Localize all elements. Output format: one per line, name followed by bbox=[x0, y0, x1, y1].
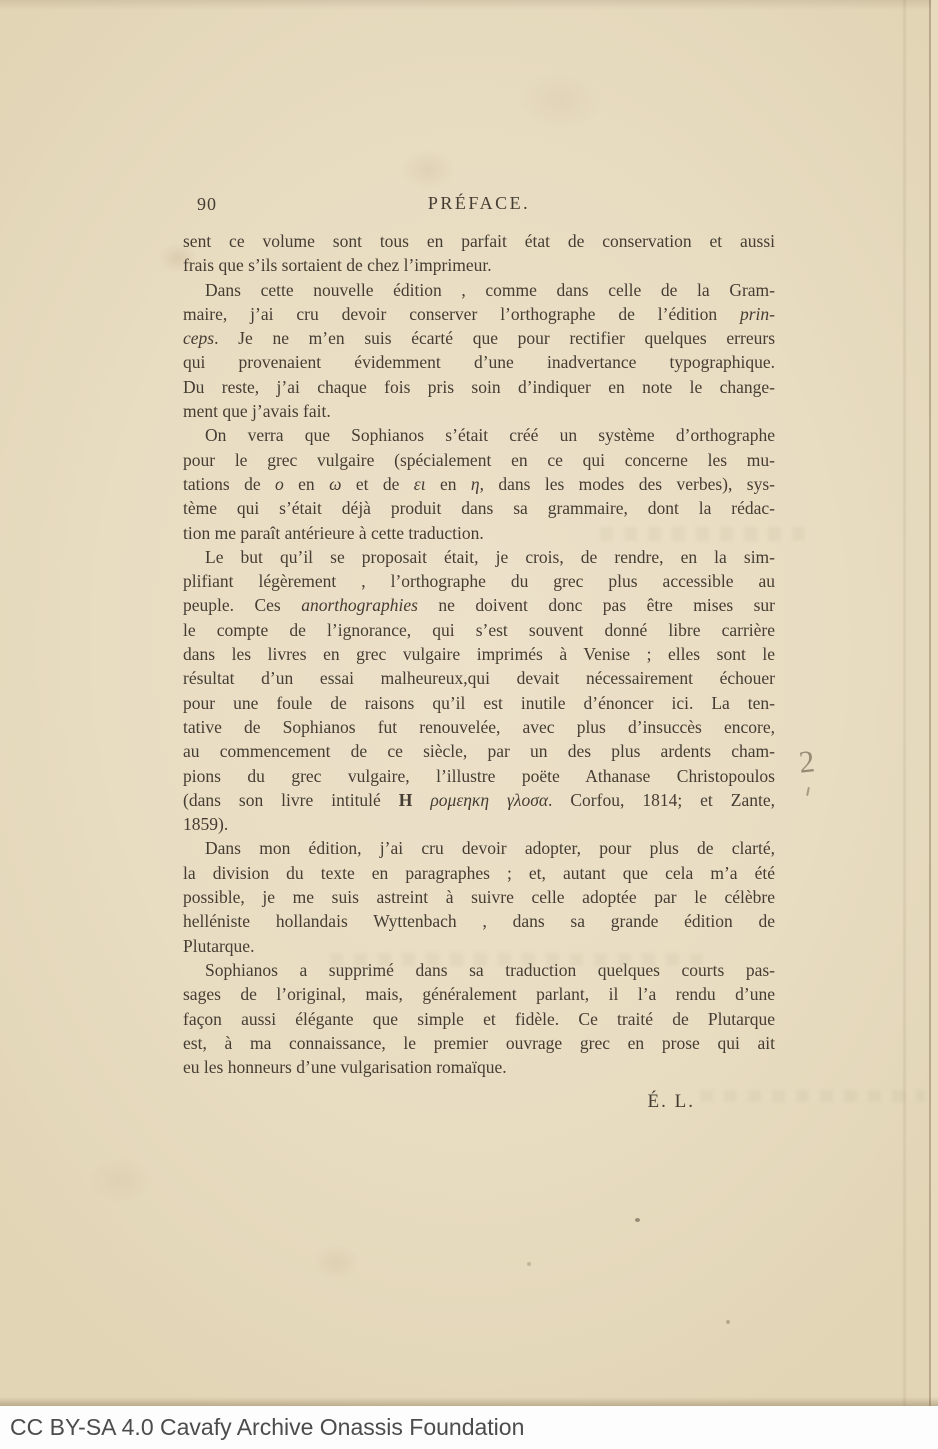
text-line: helléniste hollandais Wyttenbach , dans … bbox=[183, 909, 775, 933]
text-line: ceps. Je ne m’en suis écarté que pour re… bbox=[183, 326, 775, 350]
text-line: dans les livres en grec vulgaire imprimé… bbox=[183, 642, 775, 666]
text-line: maire, j’ai cru devoir conserver l’ortho… bbox=[183, 302, 775, 326]
text-line: peuple. Ces anorthographies ne doivent d… bbox=[183, 593, 775, 617]
show-through-ghost bbox=[600, 527, 810, 541]
text-line: sages de l’original, mais, généralement … bbox=[183, 982, 775, 1006]
license-bar: CC BY-SA 4.0 Cavafy Archive Onassis Foun… bbox=[0, 1406, 938, 1449]
text-line: (dans son livre intitulé H ρομεηκη γλοσα… bbox=[183, 788, 775, 812]
text-line: 1859). bbox=[183, 812, 775, 836]
text-line: eu les honneurs d’une vulgarisation roma… bbox=[183, 1055, 775, 1079]
show-through-ghost bbox=[700, 1090, 925, 1102]
pencil-annotation: 2 bbox=[797, 745, 816, 777]
text-line: Dans cette nouvelle édition , comme dans… bbox=[183, 278, 775, 302]
text-block: sent ce volume sont tous en parfait état… bbox=[183, 229, 775, 1079]
text-line: résultat d’un essai malheureux,qui devai… bbox=[183, 666, 775, 690]
show-through-ghost bbox=[330, 953, 710, 966]
text-line: sent ce volume sont tous en parfait état… bbox=[183, 229, 775, 253]
text-line: Le but qu’il se proposait était, je croi… bbox=[183, 545, 775, 569]
paper-speck bbox=[726, 1320, 730, 1324]
text-line: qui provenaient évidemment d’une inadver… bbox=[183, 350, 775, 374]
text-line: façon aussi élégante que simple et fidèl… bbox=[183, 1007, 775, 1031]
author-initials-signature: É. L. bbox=[183, 1091, 775, 1113]
page-header: PRÉFACE. bbox=[183, 193, 775, 214]
text-line: la division du texte en paragraphes ; et… bbox=[183, 861, 775, 885]
text-line: tème qui s’était déjà produit dans sa gr… bbox=[183, 496, 775, 520]
text-line: est, à ma connaissance, le premier ouvra… bbox=[183, 1031, 775, 1055]
text-line: plifiant légèrement , l’orthographe du g… bbox=[183, 569, 775, 593]
text-line: On verra que Sophianos s’était créé un s… bbox=[183, 423, 775, 447]
text-line: frais que s’ils sortaient de chez l’impr… bbox=[183, 253, 775, 277]
license-text: CC BY-SA 4.0 Cavafy Archive Onassis Foun… bbox=[10, 1414, 524, 1441]
text-line: le compte de l’ignorance, qui s’est souv… bbox=[183, 618, 775, 642]
text-line: au commencement de ce siècle, par un des… bbox=[183, 739, 775, 763]
paper-crease bbox=[902, 0, 907, 1406]
text-line: possible, je me suis astreint à suivre c… bbox=[183, 885, 775, 909]
text-line: ment que j’avais fait. bbox=[183, 399, 775, 423]
paper-speck bbox=[527, 1262, 531, 1266]
text-line: tations de ο en ω et de ει en η, dans le… bbox=[183, 472, 775, 496]
scanned-book-page: 90 PRÉFACE. sent ce volume sont tous en … bbox=[0, 0, 938, 1449]
text-line: tative de Sophianos fut renouvelée, avec… bbox=[183, 715, 775, 739]
text-line: pions du grec vulgaire, l’illustre poëte… bbox=[183, 764, 775, 788]
pencil-tick-mark bbox=[806, 787, 810, 796]
text-line: pour le grec vulgaire (spécialement en c… bbox=[183, 448, 775, 472]
text-line: Du reste, j’ai chaque fois pris soin d’i… bbox=[183, 375, 775, 399]
text-line: pour une foule de raisons qu’il est inut… bbox=[183, 691, 775, 715]
paper-speck bbox=[635, 1218, 640, 1222]
text-line: Dans mon édition, j’ai cru devoir adopte… bbox=[183, 836, 775, 860]
paper-sheet: 90 PRÉFACE. sent ce volume sont tous en … bbox=[0, 0, 938, 1406]
underlying-page-strip bbox=[931, 0, 938, 1406]
